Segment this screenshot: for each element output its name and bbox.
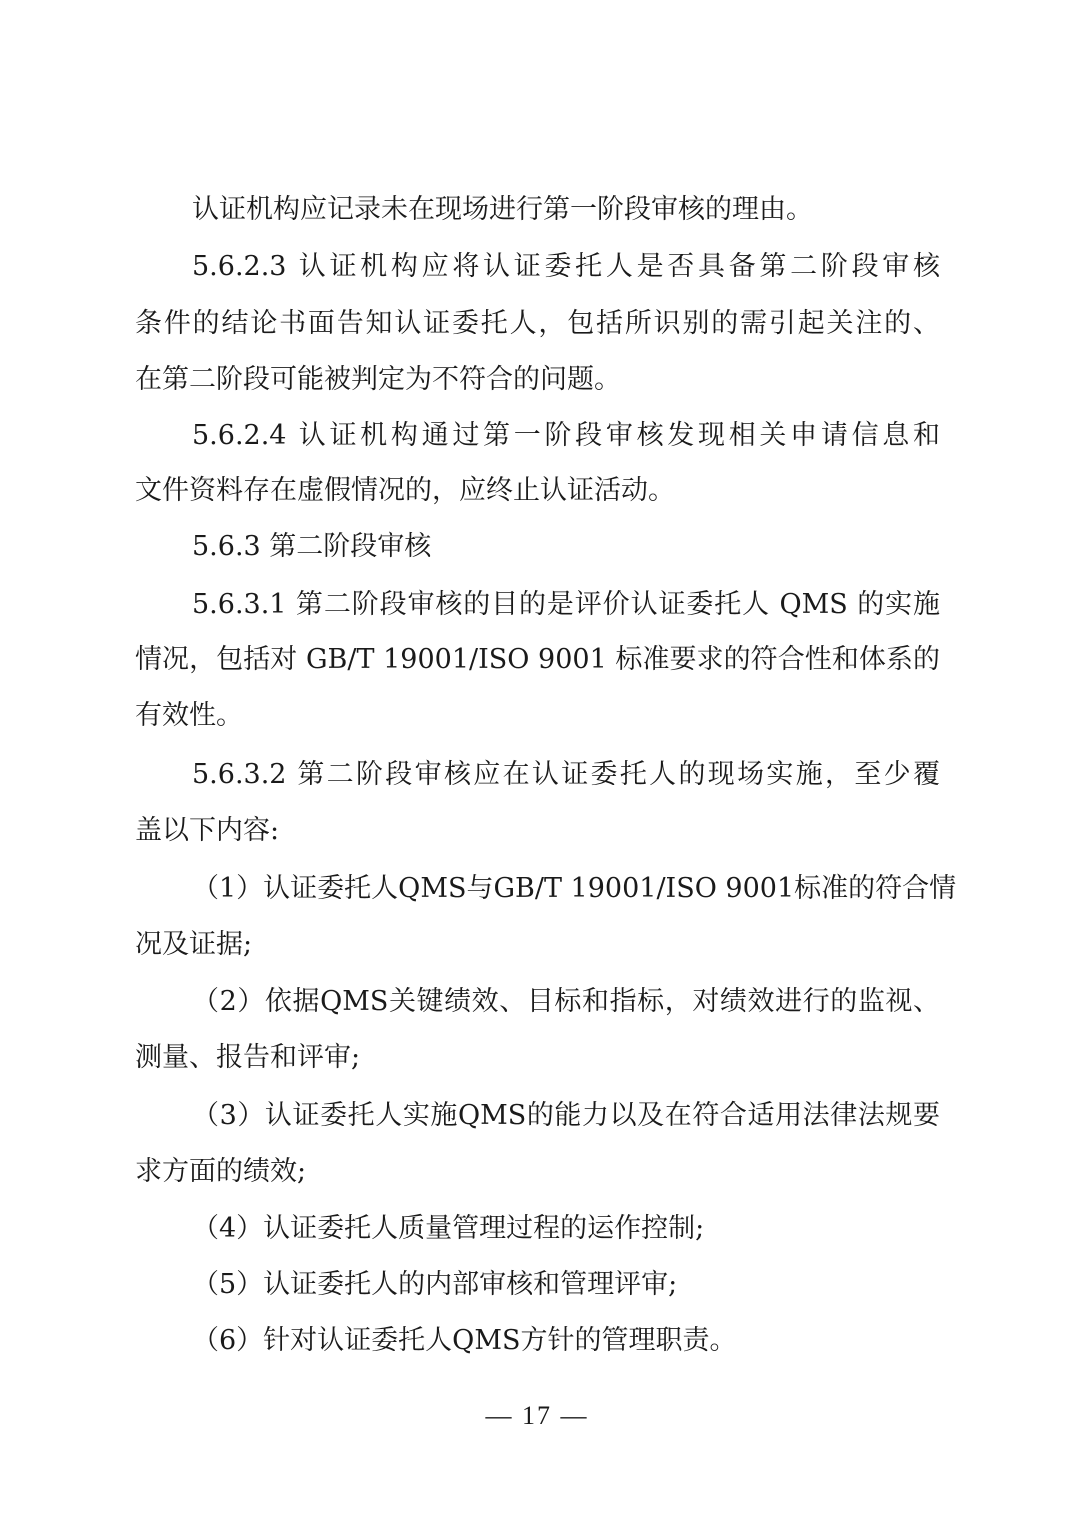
document-page: 认证机构应记录未在现场进行第一阶段审核的理由。 5.6.2.3 认证机构应将认证… — [0, 0, 1074, 1520]
clause-5-6-3-1-line-2: 情况，包括对 GB/T 19001/ISO 9001 标准要求的符合性和体系的 — [135, 640, 940, 680]
clause-5-6-3-1-line-3: 有效性。 — [135, 696, 940, 736]
list-item-5: （5）认证委托人的内部审核和管理评审; — [192, 1265, 940, 1305]
clause-5-6-2-3-line-2: 条件的结论书面告知认证委托人，包括所识别的需引起关注的、 — [135, 304, 940, 344]
list-item-3-line-1: （3）认证委托人实施QMS的能力以及在符合适用法律法规要 — [192, 1096, 940, 1136]
clause-5-6-2-4-line-1: 5.6.2.4 认证机构通过第一阶段审核发现相关申请信息和 — [192, 416, 940, 456]
clause-5-6-3-2-line-2: 盖以下内容: — [135, 811, 940, 851]
clause-5-6-2-4-line-2: 文件资料存在虚假情况的，应终止认证活动。 — [135, 471, 940, 511]
clause-5-6-2-3-line-3: 在第二阶段可能被判定为不符合的问题。 — [135, 360, 940, 400]
section-heading-5-6-3: 5.6.3 第二阶段审核 — [192, 527, 940, 567]
list-item-2-line-1: （2）依据QMS关键绩效、目标和指标，对绩效进行的监视、 — [192, 982, 940, 1022]
list-item-2-line-2: 测量、报告和评审; — [135, 1038, 940, 1078]
page-number: — 17 — — [0, 1398, 1074, 1434]
clause-5-6-3-1-line-1: 5.6.3.1 第二阶段审核的目的是评价认证委托人 QMS 的实施 — [192, 585, 940, 625]
list-item-4: （4）认证委托人质量管理过程的运作控制; — [192, 1209, 940, 1249]
clause-5-6-2-3-line-1: 5.6.2.3 认证机构应将认证委托人是否具备第二阶段审核 — [192, 247, 940, 287]
clause-5-6-3-2-line-1: 5.6.3.2 第二阶段审核应在认证委托人的现场实施，至少覆 — [192, 755, 940, 795]
list-item-3-line-2: 求方面的绩效; — [135, 1152, 940, 1192]
list-item-1-line-1: （1）认证委托人QMS与GB/T 19001/ISO 9001标准的符合情 — [192, 869, 940, 909]
list-item-1-line-2: 况及证据; — [135, 925, 940, 965]
list-item-6: （6）针对认证委托人QMS方针的管理职责。 — [192, 1321, 940, 1361]
paragraph-line: 认证机构应记录未在现场进行第一阶段审核的理由。 — [192, 190, 940, 230]
